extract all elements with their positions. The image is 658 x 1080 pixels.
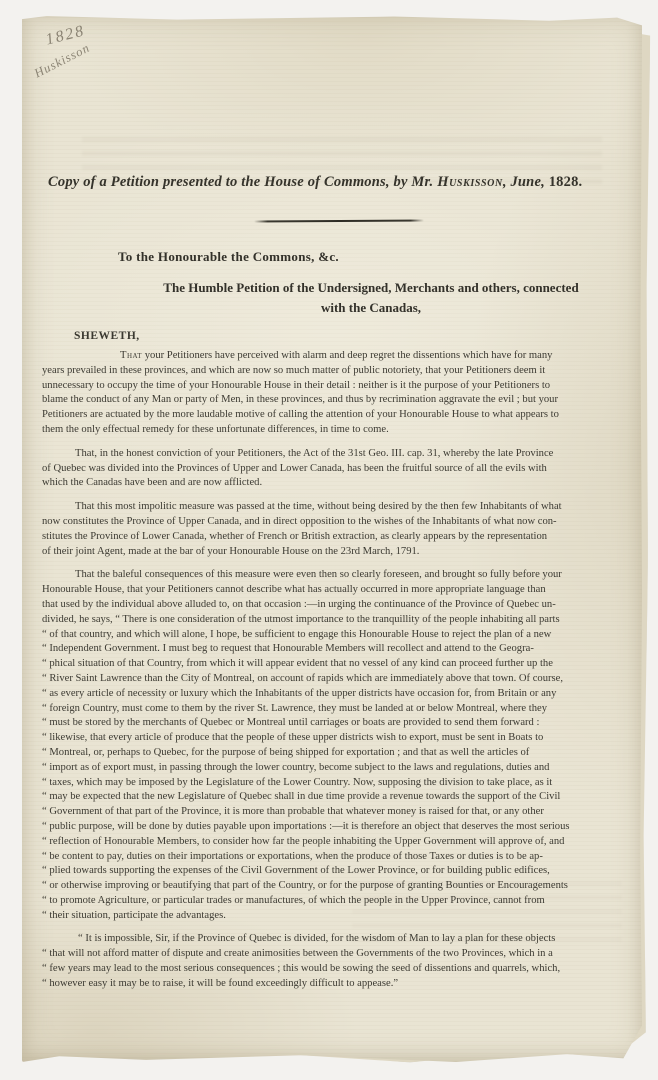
paragraph: That your Petitioners have perceived wit…: [42, 349, 634, 438]
text-line: “ Government of that part of the Provinc…: [42, 805, 634, 820]
text-line: “ few years may lead to the most serious…: [42, 962, 634, 977]
text-line: “ that will not afford matter of dispute…: [42, 947, 634, 962]
title-prefix: Copy of a Petition presented to the Hous…: [48, 174, 437, 190]
text-line: “ plied towards supporting the expenses …: [42, 864, 634, 879]
text-line: “ however easy it may be to raise, it wi…: [42, 977, 634, 992]
text-line: “ Montreal, or, perhaps to Quebec, for t…: [42, 746, 634, 761]
title-year: 1828.: [549, 174, 583, 190]
text-line: Honourable House, that your Petitioners …: [42, 583, 634, 598]
paragraph: That this most impolitic measure was pas…: [42, 500, 634, 559]
text-line: That, in the honest conviction of your P…: [42, 447, 634, 462]
text-line: That your Petitioners have perceived wit…: [42, 349, 634, 364]
address-line: To the Honourable the Commons, &c.: [118, 249, 339, 265]
text-line: them the only effectual remedy for these…: [42, 423, 634, 438]
petition-heading-line2: with the Canadas,: [130, 298, 612, 318]
text-line: “ taxes, which may be imposed by the Leg…: [42, 776, 634, 791]
text-line: divided, he says, “ There is one conside…: [42, 613, 634, 628]
text-line: “ import as of export must, in passing t…: [42, 761, 634, 776]
salutation: SHEWETH,: [74, 330, 140, 342]
text-line: “ foreign Country, must come to them by …: [42, 702, 634, 717]
text-line: “ their situation, participate the advan…: [42, 909, 634, 924]
text-line: That the baleful consequences of this me…: [42, 568, 634, 583]
petition-heading-line1: The Humble Petition of the Undersigned, …: [130, 278, 612, 298]
text-line: “ of that country, and which will alone,…: [42, 628, 634, 643]
title-name: Huskisson: [437, 174, 503, 190]
text-line: years prevailed in these provinces, and …: [42, 364, 634, 379]
text-line: That this most impolitic measure was pas…: [42, 500, 634, 515]
text-line: that used by the individual above allude…: [42, 598, 634, 613]
title-middle: , June,: [503, 174, 549, 190]
text-line: of Quebec was divided into the Provinces…: [42, 462, 634, 477]
divider-rule: [254, 220, 424, 223]
text-line: “ likewise, that every article of produc…: [42, 731, 634, 746]
text-line: “ phical situation of that Country, from…: [42, 657, 634, 672]
document-title: Copy of a Petition presented to the Hous…: [48, 174, 628, 191]
paragraph: “ It is impossible, Sir, if the Province…: [42, 932, 634, 991]
scanned-petition-page: 1828 Huskisson Copy of a Petition presen…: [22, 16, 642, 1062]
text-line: blame the conduct of any Man or party of…: [42, 393, 634, 408]
handwritten-name: Huskisson: [32, 41, 93, 82]
text-line: Petitioners are actuated by the more lau…: [42, 408, 634, 423]
text-line: “ or otherwise improving or beautifying …: [42, 879, 634, 894]
lead-word: That: [120, 350, 142, 361]
text-line: of their joint Agent, made at the bar of…: [42, 545, 634, 560]
paragraph: That, in the honest conviction of your P…: [42, 447, 634, 491]
text-line: “ Independent Government. I must beg to …: [42, 642, 634, 657]
text-line: “ It is impossible, Sir, if the Province…: [42, 932, 634, 947]
text-line: “ River Saint Lawrence than the City of …: [42, 672, 634, 687]
text-line: unnecessary to occupy the time of your H…: [42, 379, 634, 394]
text-line: which the Canadas have been and are now …: [42, 476, 634, 491]
text-line: “ may be expected that the new Legislatu…: [42, 790, 634, 805]
text-line: “ public purpose, will be done by duties…: [42, 820, 634, 835]
petition-heading: The Humble Petition of the Undersigned, …: [130, 278, 612, 317]
text-line: “ as every article of necessity or luxur…: [42, 687, 634, 702]
paragraph: That the baleful consequences of this me…: [42, 568, 634, 923]
text-line: “ be content to pay, duties on their imp…: [42, 850, 634, 865]
text-line: now constitutes the Province of Upper Ca…: [42, 515, 634, 530]
text-line: “ reflection of Honourable Members, to c…: [42, 835, 634, 850]
text-line: stitutes the Province of Lower Canada, w…: [42, 530, 634, 545]
text-line: “ to promote Agriculture, or particular …: [42, 894, 634, 909]
text-line: “ must be stored by the merchants of Que…: [42, 716, 634, 731]
body-paragraphs: That your Petitioners have perceived wit…: [42, 349, 634, 1001]
